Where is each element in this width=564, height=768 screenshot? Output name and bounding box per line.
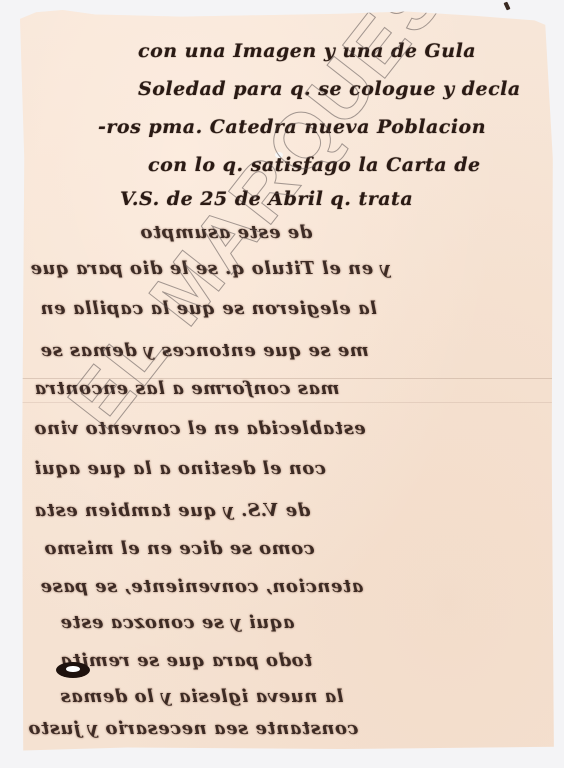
verso-line: la elegieron se que la capilla en xyxy=(40,298,377,319)
verso-line: de V.S. y que tambien esta xyxy=(34,500,310,521)
verso-line: aqui y se conozca este xyxy=(60,612,295,633)
verso-line: mas conforme a las encontra xyxy=(34,378,340,399)
verso-line: con el destino a la que aqui xyxy=(34,458,326,479)
stray-ink-mark xyxy=(503,2,510,11)
ink-gleam xyxy=(66,666,80,672)
recto-line: con una Imagen y una de Gula xyxy=(138,40,476,62)
verso-line: me se que entonces y demas se xyxy=(40,340,369,361)
verso-line: atencion, conveniente, se pase xyxy=(40,576,363,597)
verso-line: y en el Titulo q. se le dio para que xyxy=(30,258,391,279)
paper-fold-line xyxy=(20,402,556,403)
recto-line: Soledad para q. se cologue y decla xyxy=(138,78,521,100)
ink-blot xyxy=(275,152,283,158)
ink-blot xyxy=(56,662,90,678)
verso-line: todo para que se remita xyxy=(60,650,312,671)
verso-line: como se dice en el mismo xyxy=(44,538,315,559)
verso-line: constante sea necesario y justo xyxy=(28,718,358,739)
verso-line: establecida en el convento vino xyxy=(34,418,366,439)
recto-line: con lo q. satisfago la Carta de xyxy=(148,154,481,176)
manuscript-page: con una Imagen y una de Gula Soledad par… xyxy=(20,10,556,752)
recto-line: V.S. de 25 de Abril q. trata xyxy=(120,188,413,210)
recto-line: -ros pma. Catedra nueva Poblacion xyxy=(98,116,486,138)
verso-line: la nueva iglesia y lo demas xyxy=(60,686,344,707)
verso-line: de este asumpto xyxy=(140,222,312,243)
